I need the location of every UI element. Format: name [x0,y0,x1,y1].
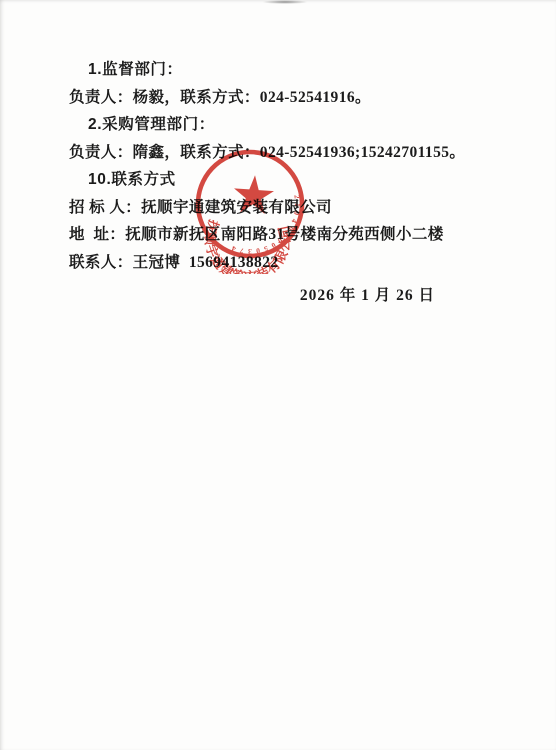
date-line: 2026 年 1 月 26 日 [300,283,435,305]
company-seal: 抚顺宇通建筑安装有限公司 2104000050374 [180,134,320,274]
star-icon [232,174,275,215]
document-line: 负责人：杨毅，联系方式：024-52541916。 [0,84,556,112]
document-page: 1.监督部门： 负责人：杨毅，联系方式：024-52541916。 2.采购管理… [0,0,556,750]
scan-artifact [262,0,308,4]
section-heading: 1.监督部门： [0,56,556,84]
